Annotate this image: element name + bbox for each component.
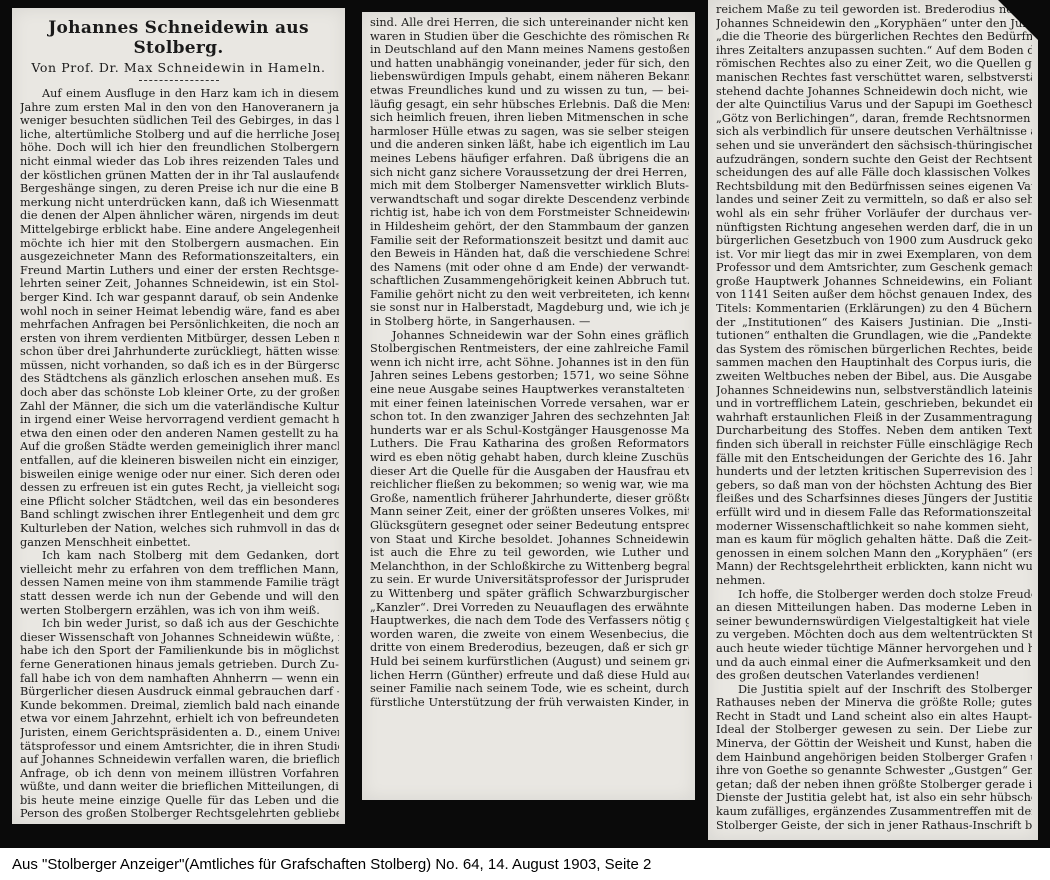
text-line: Recht in Stadt und Land scheint also ein… [716, 710, 1032, 724]
text-line: Juristen, einem Gerichtspräsidenten a. D… [20, 726, 339, 740]
text-line: Professor und dem Amtsrichter, zum Gesch… [716, 261, 1032, 275]
text-line: Person des großen Stolberger Rechtsgeleh… [20, 807, 339, 821]
text-line: wahrhaft erstaunlichen Fleiß in der Zusa… [716, 411, 1032, 425]
text-line: lichen Herrn (Günther) erfreute und daß … [370, 669, 689, 683]
text-line: sich als verbindlich für unsere deutsche… [716, 125, 1032, 139]
text-line: und da auch einmal einer die Aufmerksamk… [716, 656, 1032, 670]
text-line: wird es eben nötig gehabt haben, durch k… [370, 451, 689, 465]
text-line: fürstliche Unterstützung der früh verwai… [370, 696, 689, 710]
text-line: Ideal der Stolberger gewesen zu sein. De… [716, 723, 1032, 737]
text-line: „Kanzler“. Drei Vorreden zu Neuauflagen … [370, 601, 689, 615]
text-line: doch aber das schönste Lob kleiner Orte,… [20, 386, 339, 400]
text-line: nicht einmal wieder das Lob ihres reizen… [20, 155, 339, 169]
text-line: höhe. Doch will ich hier den freundliche… [20, 141, 339, 155]
article-title: Johannes Schneidewin aus Stolberg. [12, 18, 345, 58]
text-line: schon tot. In den zwanziger Jahren des s… [370, 410, 689, 424]
text-line: den Beweis in Händen hat, daß die versch… [370, 247, 689, 261]
text-line: ist auch die Ehre zu teil geworden, wie … [370, 546, 689, 560]
text-line: Familie gehört nicht zu den weit verbrei… [370, 288, 689, 302]
text-line: schaftlichen Zusammengehörigkeit keinen … [370, 274, 689, 288]
text-line: von Staat und Kirche besoldet. Johannes … [370, 533, 689, 547]
text-line: des Städtchens als gänzlich erloschen an… [20, 372, 339, 386]
text-line: sich heimlich freuen, ihren lieben Mitme… [370, 111, 689, 125]
text-line: entfallen, auf die kleineren bisweilen n… [20, 454, 339, 468]
text-line: ferne Generationen hinaus jemals getrieb… [20, 658, 339, 672]
text-line: des Namens (mit oder ohne d am Ende) der… [370, 261, 689, 275]
text-line: und hatten unabhängig voneinander, jeder… [370, 57, 689, 71]
column-text: sind. Alle drei Herren, die sich unterei… [362, 12, 695, 709]
text-line: merkung nicht unterdrücken kann, daß ich… [20, 196, 339, 210]
text-line: ihres Zeitalters anzupassen suchten.“ Au… [716, 44, 1032, 58]
text-line: reichem Maße zu teil geworden ist. Brede… [716, 3, 1032, 17]
text-line: landes und seiner Zeit zu vermitteln, so… [716, 193, 1032, 207]
text-line: an diesen Mitteilungen haben. Das modern… [716, 601, 1032, 615]
text-line: Ich bin weder Jurist, so daß ich aus der… [20, 617, 339, 631]
text-line: Dienste der Justitia gelebt hat, ist als… [716, 791, 1032, 805]
text-line: Zahl der Männer, die sich um die vaterlä… [20, 400, 339, 414]
column-text: reichem Maße zu teil geworden ist. Brede… [708, 0, 1038, 832]
clipping-column-2: sind. Alle drei Herren, die sich unterei… [362, 12, 695, 800]
text-line: dieser Art die Quelle für die Ausgaben d… [370, 465, 689, 479]
text-line: „Götz von Berlichingen“, daran, fremde R… [716, 112, 1032, 126]
text-line: etwas Freundliches kund und zu wissen zu… [370, 84, 689, 98]
source-caption: Aus "Stolberger Anzeiger"(Amtliches für … [12, 856, 651, 873]
text-line: etwa vor einem Jahrzehnt, erhielt ich vo… [20, 712, 339, 726]
text-line: fleißes und des Scharfsinnes dieses Jüng… [716, 492, 1032, 506]
text-line: große Hauptwerk Johannes Schneidewins, e… [716, 275, 1032, 289]
text-line: scheidungen des auf alle Fälle doch klas… [716, 166, 1032, 180]
text-line: Glücksgütern gesegnet oder seiner Bedeut… [370, 519, 689, 533]
text-line: bisweilen einige wenige oder nur einer. … [20, 468, 339, 482]
text-line: Anfrage, ob ich denn von meinem illüstre… [20, 767, 339, 781]
text-line: dem Hainbund angehörigen beiden Stolberg… [716, 751, 1032, 765]
text-line: und in vortrefflichem Latein, geschriebe… [716, 397, 1032, 411]
text-line: Jahren seines Lebens gestorben; 1571, wo… [370, 369, 689, 383]
text-line: Auf einem Ausfluge in den Harz kam ich i… [20, 87, 339, 101]
text-line: fall habe ich von dem namhaften Ahnherrn… [20, 672, 339, 686]
text-line: Johannes Schneidewin war der Sohn eines … [370, 329, 689, 343]
clipping-column-1: Johannes Schneidewin aus Stolberg. Von P… [12, 8, 345, 824]
text-line: aufzudrängen, sondern suchte den Geist d… [716, 153, 1032, 167]
text-line: mit einer feinen lateinischen Vorrede ve… [370, 397, 689, 411]
text-line: Johannes Schneidewins nun, selbstverstän… [716, 384, 1032, 398]
text-line: liebenswürdigen Impuls gehabt, einem näh… [370, 70, 689, 84]
text-line: seiner Familie nach seinem Tode, wie es … [370, 682, 689, 696]
text-line: Freund Martin Luthers und einer der erst… [20, 264, 339, 278]
text-line: Ich hoffe, die Stolberger werden doch st… [716, 588, 1032, 602]
text-line: der „Institutionen“ des Kaisers Justinia… [716, 316, 1032, 330]
text-line: hunderts und der letzten kritischen Supe… [716, 465, 1032, 479]
text-line: hunderts war er als Schul-Kostgänger Hau… [370, 424, 689, 438]
text-line: liche, altertümliche Stolberg und auf di… [20, 128, 339, 142]
scanned-page: Johannes Schneidewin aus Stolberg. Von P… [0, 0, 1050, 848]
text-line: auch heute wieder tüchtige Männer hervor… [716, 642, 1032, 656]
text-line: Auf die großen Städte werden gemeiniglic… [20, 440, 339, 454]
text-line: müssen, nicht vorhanden, so daß ich es i… [20, 359, 339, 373]
text-line: Johannes Schneidewin den „Koryphäen“ unt… [716, 17, 1032, 31]
text-line: gebers, so daß man von der höchsten Acht… [716, 479, 1032, 493]
text-line: Die Justitia spielt auf der Inschrift de… [716, 683, 1032, 697]
text-line: von 1141 Seiten außer dem höchst genauen… [716, 288, 1032, 302]
text-line: sich nicht ganz sichere Voraussetzung de… [370, 166, 689, 180]
text-line: schon über drei Jahrhunderte zurückliegt… [20, 345, 339, 359]
text-line: der köstlichen grünen Matten der in ihr … [20, 169, 339, 183]
text-line: Große, namentlich früherer Jahrhunderte,… [370, 492, 689, 506]
text-line: ausgezeichneter Mann des Reformationszei… [20, 250, 339, 264]
text-line: in Stolberg hörte, in Sangerhausen. — [370, 315, 689, 329]
text-line: in Deutschland auf den Mann meines Namen… [370, 43, 689, 57]
text-line: sehen und sie unverändert den sächsisch-… [716, 139, 1032, 153]
text-line: die denen der Alpen ähnlicher wären, nir… [20, 209, 339, 223]
text-line: Jahre zum ersten Mal in den von den Hano… [20, 101, 339, 115]
text-line: kaum zufälliges, ergänzendes Zusammentre… [716, 805, 1032, 819]
text-line: etwa den einen oder den anderen Namen ge… [20, 427, 339, 441]
text-line: Bürgerlicher diesen Ausdruck einmal gebr… [20, 685, 339, 699]
text-line: Minerva, der Göttin der Weisheit und Kun… [716, 737, 1032, 751]
text-line: sie sonst nur in Halberstadt, Magdeburg … [370, 301, 689, 315]
text-line: lehrten seiner Zeit, Johannes Schneidewi… [20, 277, 339, 291]
text-line: Mittelgebirge erblickt habe. Eine andere… [20, 223, 339, 237]
text-line: sammen machen den Hauptinhalt des Corpus… [716, 356, 1032, 370]
text-line: läufig gesagt, ein sehr hübsches Erlebni… [370, 98, 689, 112]
text-line: bürgerlichen Gesetzbuch von 1900 zum Aus… [716, 234, 1032, 248]
text-line: berger Kind. Ich war gespannt darauf, ob… [20, 291, 339, 305]
text-line: ganzen Menschheit einbettet. [20, 536, 339, 550]
text-line: Luthers. Die Frau Katharina des großen R… [370, 437, 689, 451]
text-line: Hauptwerkes, die nach dem Tode des Verfa… [370, 614, 689, 628]
text-line: tutionen“ enthalten die Grundlagen, wie … [716, 329, 1032, 343]
text-line: seiner bewundernswürdigen Vielgestaltigk… [716, 615, 1032, 629]
title-divider [139, 80, 219, 81]
text-line: manischen Rechtes fast verschüttet waren… [716, 71, 1032, 85]
text-line: Ich kam nach Stolberg mit dem Gedanken, … [20, 549, 339, 563]
text-line: genossen in einem solchen Mann den „Kory… [716, 547, 1032, 561]
text-line: Kunde bekommen. Dreimal, ziemlich bald n… [20, 699, 339, 713]
text-line: Kulturleben der Nation, welches sich ruh… [20, 522, 339, 536]
text-line: werten Stolbergern erzählen, was ich von… [20, 604, 339, 618]
text-line: wenn ich nicht irre, acht Söhne. Johanne… [370, 356, 689, 370]
text-line: erfüllt wird und in diesem Falle das Ref… [716, 506, 1032, 520]
text-line: stehend dachte Johannes Schneidewin doch… [716, 85, 1032, 99]
text-line: dieser Wissenschaft von Johannes Schneid… [20, 631, 339, 645]
text-line: dessen Namen meine von ihm stammende Fam… [20, 576, 339, 590]
text-line: dritte von einem Brederodius, bezeugen, … [370, 641, 689, 655]
text-line: möchte ich hier mit den Stolbergern ausm… [20, 237, 339, 251]
text-line: tätsprofessor und einem Amtsrichter, die… [20, 740, 339, 754]
text-line: Stolberger Geiste, der sich in jener Rat… [716, 819, 1032, 833]
text-line: eine neue Ausgabe seines Hauptwerkes ver… [370, 383, 689, 397]
text-line: Titels: Kommentarien (Erklärungen) zu de… [716, 302, 1032, 316]
text-line: getan; daß der neben ihnen größte Stolbe… [716, 778, 1032, 792]
article-byline: Von Prof. Dr. Max Schneidewin in Hameln. [12, 60, 345, 75]
text-line: dessen zu erfreuen ist ein gutes Recht, … [20, 481, 339, 495]
text-line: finden sich überall in reichster Fülle e… [716, 438, 1032, 452]
text-line: reichlicher fließen zu bekommen; so weni… [370, 478, 689, 492]
text-line: wüßte, und dann weiter die brieflichen M… [20, 780, 339, 794]
text-line: worden waren, die zweite von einem Wesen… [370, 628, 689, 642]
text-line: wohl als ein sehr früher Vorläufer der d… [716, 207, 1032, 221]
text-line: Band schlingt zwischen ihrer Entlegenhei… [20, 508, 339, 522]
text-line: sind. Alle drei Herren, die sich unterei… [370, 16, 689, 30]
text-line: „die die Theorie des bürgerlichen Rechte… [716, 30, 1032, 44]
text-line: vielleicht mehr zu erfahren von dem tref… [20, 563, 339, 577]
text-line: Stolbergischen Rentmeisters, der eine za… [370, 342, 689, 356]
text-line: mich mit dem Stolberger Namensvetter wir… [370, 179, 689, 193]
text-line: man es kaum für möglich gehalten hätte. … [716, 533, 1032, 547]
text-line: bis heute meine einzige Quelle für das L… [20, 794, 339, 808]
text-line: meines Lebens häufiger erfahren. Daß übr… [370, 152, 689, 166]
text-line: zweiten Weltbuches neben der Bibel, aus.… [716, 370, 1032, 384]
column-text: Auf einem Ausfluge in den Harz kam ich i… [12, 87, 345, 821]
text-line: Bergeshänge singen, zu deren Preise ich … [20, 182, 339, 196]
text-line: Mann) der Rechtsgelehrtheit erblickten, … [716, 560, 1032, 574]
text-line: harmloser Hülle etwas zu sagen, was sie … [370, 125, 689, 139]
text-line: der alte Quinctilius Varus und der Sapup… [716, 98, 1032, 112]
text-line: habe ich den Sport der Familienkunde bis… [20, 644, 339, 658]
text-line: Mann seiner Zeit, einer der größten unse… [370, 505, 689, 519]
text-line: richtig ist, habe ich von dem Forstmeist… [370, 206, 689, 220]
text-line: Rathauses neben der Minerva die größte R… [716, 696, 1032, 710]
text-line: eine Pflicht solcher Städtchen, weil das… [20, 495, 339, 509]
text-line: Huld bei seinem kurfürstlichen (August) … [370, 655, 689, 669]
text-line: zu Wittenberg und später gräflich Schwar… [370, 587, 689, 601]
text-line: in Hildesheim gehört, der den Stammbaum … [370, 220, 689, 234]
text-line: des großen deutschen Vaterlandes verdien… [716, 669, 1032, 683]
text-line: fälle mit den Entscheidungen der Gericht… [716, 452, 1032, 466]
text-line: statt dessen werde ich nun der Gebende u… [20, 590, 339, 604]
text-line: verwandtschaft und sogar direkte Descend… [370, 193, 689, 207]
text-line: römischen Rechtes also zu einer Zeit, wo… [716, 57, 1032, 71]
text-line: das System des römischen bürgerlichen Re… [716, 343, 1032, 357]
text-line: Rechtsbildung mit den Bedürfnissen seine… [716, 180, 1032, 194]
text-line: waren in Studien über die Geschichte des… [370, 30, 689, 44]
text-line: Familie seit der Reformationszeit besitz… [370, 234, 689, 248]
text-line: und die anderen sinken läßt, habe ich ei… [370, 138, 689, 152]
text-line: nehmen. [716, 574, 1032, 588]
text-line: ist. Vor mir liegt das mir in zwei Exemp… [716, 248, 1032, 262]
text-line: zu sein. Er wurde Universitätsprofessor … [370, 573, 689, 587]
text-line: moderner Wissenschaftlichkeit so nahe ko… [716, 520, 1032, 534]
text-line: Melanchthon, in der Schloßkirche zu Witt… [370, 560, 689, 574]
text-line: zu vergeben. Möchten doch aus dem welten… [716, 628, 1032, 642]
text-line: wohl noch in seiner Heimat lebendig wäre… [20, 305, 339, 319]
text-line: nünftigsten Richtung angesehen werden da… [716, 221, 1032, 235]
clipping-column-3: reichem Maße zu teil geworden ist. Brede… [708, 0, 1038, 840]
text-line: in irgend einer Weise hervorragend verdi… [20, 413, 339, 427]
text-line: ersten von ihrem verdienten Mitbürger, d… [20, 332, 339, 346]
text-line: mehrfachen Anfragen bei Persönlichkeiten… [20, 318, 339, 332]
text-line: auf Johannes Schneidewin verfallen waren… [20, 753, 339, 767]
text-line: weniger besuchten südlichen Teil des Geb… [20, 114, 339, 128]
text-line: Durcharbeitung des Stoffes. Neben dem an… [716, 424, 1032, 438]
text-line: ihre von Goethe so genannte Schwester „G… [716, 764, 1032, 778]
